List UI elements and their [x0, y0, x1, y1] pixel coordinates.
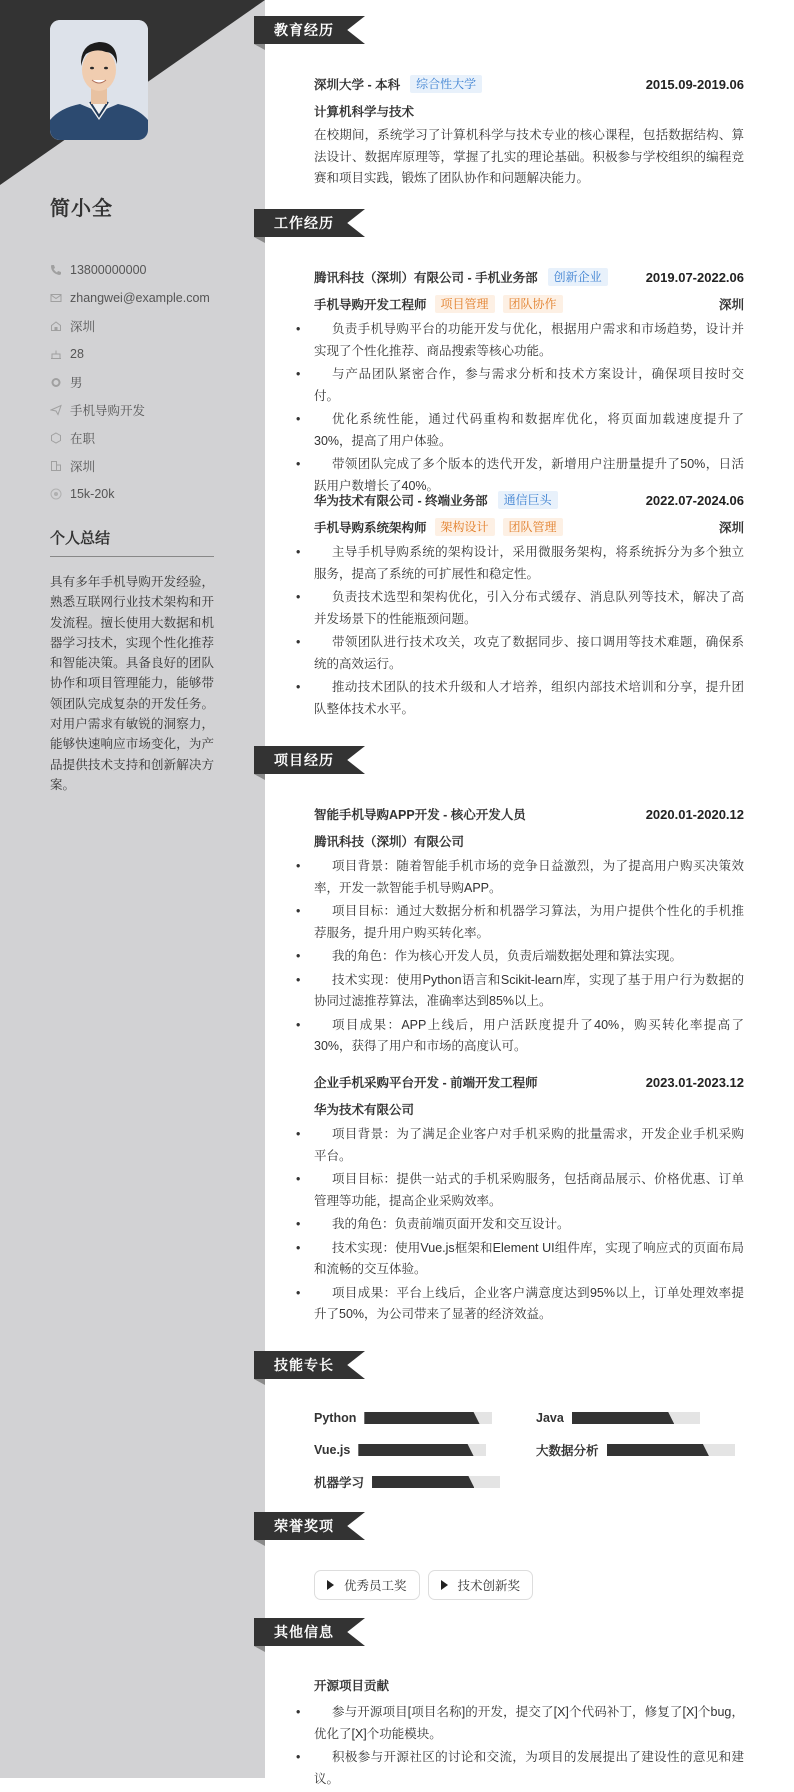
job-title: 手机导购系统架构师 [314, 518, 427, 536]
work-entry: 华为技术有限公司 - 终端业务部 通信巨头 2022.07-2024.06 手机… [314, 490, 744, 722]
contact-gender: 男 [50, 368, 250, 396]
work-city: 深圳 [719, 518, 744, 536]
role-tag: 项目管理 [435, 295, 495, 313]
bullet-item: 项目背景：为了满足企业客户对手机采购的批量需求，开发企业手机采购平台。 [314, 1124, 744, 1167]
bullet-item: 与产品团队紧密合作，参与需求分析和技术方案设计，确保项目按时交付。 [314, 364, 744, 407]
avatar [50, 20, 148, 140]
skill-item: 大数据分析 [536, 1440, 744, 1460]
contact-email-value: zhangwei@example.com [70, 291, 210, 305]
contact-hometown: 深圳 [50, 312, 250, 340]
other-entry: 开源项目贡献 参与开源项目[项目名称]的开发，提交了[X]个代码补丁，修复了[X… [314, 1676, 744, 1792]
sidebar: 简小全 13800000000 zhangwei@example.com 深圳 … [0, 0, 265, 1778]
contact-city-value: 深圳 [70, 457, 95, 475]
skill-bar [572, 1412, 700, 1424]
major: 计算机科学与技术 [314, 102, 414, 120]
skill-bar [364, 1412, 492, 1424]
bullet-item: 技术实现：使用Vue.js框架和Element UI组件库，实现了响应式的页面布… [314, 1238, 744, 1281]
work-bullets: 主导手机导购系统的架构设计，采用微服务架构，将系统拆分为多个独立服务，提高了系统… [314, 542, 744, 720]
role-tag: 团队管理 [503, 518, 563, 536]
contact-city: 深圳 [50, 452, 250, 480]
project-entry: 企业手机采购平台开发 - 前端开发工程师 2023.01-2023.12 华为技… [314, 1072, 744, 1328]
other-title: 开源项目贡献 [314, 1676, 744, 1694]
bullet-item: 项目成果：平台上线后，企业客户满意度达到95%以上，订单处理效率提升了50%，为… [314, 1283, 744, 1326]
gender-icon [50, 376, 62, 388]
bullet-item: 参与开源项目[项目名称]的开发，提交了[X]个代码补丁，修复了[X]个bug，优… [314, 1702, 744, 1745]
company-tag: 创新企业 [548, 268, 608, 286]
project-date: 2023.01-2023.12 [646, 1075, 744, 1090]
skill-bar [358, 1444, 486, 1456]
project-entry: 智能手机导购APP开发 - 核心开发人员 2020.01-2020.12 腾讯科… [314, 804, 744, 1060]
skills-grid: Python Java Vue.js 大数据分析 机器学习 [314, 1408, 744, 1492]
skill-bar-fill [607, 1444, 709, 1456]
project-bullets: 项目背景：随着智能手机市场的竞争日益激烈，为了提高用户购买决策效率，开发一款智能… [314, 856, 744, 1058]
skill-bar [607, 1444, 735, 1456]
school-name: 深圳大学 - 本科 [314, 75, 400, 93]
skill-item: Java [536, 1408, 744, 1428]
school-tag: 综合性大学 [410, 75, 482, 93]
bullet-item: 带领团队进行技术攻关，攻克了数据同步、接口调用等技术难题，确保系统的高效运行。 [314, 632, 744, 675]
section-title-awards: 荣誉奖项 [254, 1512, 365, 1540]
skill-bar-fill [358, 1444, 473, 1456]
section-title-skills: 技能专长 [254, 1351, 365, 1379]
home-icon [50, 320, 62, 332]
bullet-item: 负责手机导购平台的功能开发与优化，根据用户需求和市场趋势，设计并实现了个性化推荐… [314, 319, 744, 362]
skill-bar-fill [372, 1476, 474, 1488]
contact-job-intent: 手机导购开发 [50, 396, 250, 424]
job-title: 手机导购开发工程师 [314, 295, 427, 313]
summary-text: 具有多年手机导购开发经验，熟悉互联网行业技术架构和开发流程。擅长使用大数据和机器… [50, 572, 214, 795]
company-name: 华为技术有限公司 - 终端业务部 [314, 491, 488, 509]
work-entry: 腾讯科技（深圳）有限公司 - 手机业务部 创新企业 2019.07-2022.0… [314, 267, 744, 499]
project-company: 华为技术有限公司 [314, 1100, 414, 1118]
project-title: 企业手机采购平台开发 - 前端开发工程师 [314, 1073, 538, 1091]
contact-salary-value: 15k-20k [70, 487, 114, 501]
person-photo-icon [50, 20, 148, 140]
bullet-item: 技术实现：使用Python语言和Scikit-learn库，实现了基于用户行为数… [314, 970, 744, 1013]
education-date: 2015.09-2019.06 [646, 77, 744, 92]
building-icon [50, 460, 62, 472]
play-triangle-icon [441, 1580, 448, 1590]
contact-age-value: 28 [70, 347, 84, 361]
salary-icon [50, 488, 62, 500]
summary-title: 个人总结 [50, 527, 214, 557]
skill-item: Vue.js [314, 1440, 536, 1460]
status-icon [50, 432, 62, 444]
skill-bar [372, 1476, 500, 1488]
work-date: 2019.07-2022.06 [646, 270, 744, 285]
other-bullets: 参与开源项目[项目名称]的开发，提交了[X]个代码补丁，修复了[X]个bug，优… [314, 1702, 744, 1790]
bullet-item: 负责技术选型和架构优化，引入分布式缓存、消息队列等技术，解决了高并发场景下的性能… [314, 587, 744, 630]
skill-item: 机器学习 [314, 1472, 536, 1492]
bullet-item: 项目目标：通过大数据分析和机器学习算法，为用户提供个性化的手机推荐服务，提升用户… [314, 901, 744, 944]
contact-list: 13800000000 zhangwei@example.com 深圳 28 男… [50, 256, 250, 508]
section-title-education: 教育经历 [254, 16, 365, 44]
play-triangle-icon [327, 1580, 334, 1590]
bullet-item: 项目成果：APP上线后，用户活跃度提升了40%，购买转化率提高了30%，获得了用… [314, 1015, 744, 1058]
contact-job-intent-value: 手机导购开发 [70, 401, 145, 419]
contact-age: 28 [50, 340, 250, 368]
bullet-item: 积极参与开源社区的讨论和交流，为项目的发展提出了建设性的意见和建议。 [314, 1747, 744, 1790]
bullet-item: 推动技术团队的技术升级和人才培养，组织内部技术培训和分享，提升团队整体技术水平。 [314, 677, 744, 720]
mail-icon [50, 292, 62, 304]
section-title-other: 其他信息 [254, 1618, 365, 1646]
bullet-item: 项目背景：随着智能手机市场的竞争日益激烈，为了提高用户购买决策效率，开发一款智能… [314, 856, 744, 899]
main-content: 教育经历 深圳大学 - 本科 综合性大学 2015.09-2019.06 计算机… [265, 0, 794, 1778]
role-tag: 架构设计 [435, 518, 495, 536]
bullet-item: 优化系统性能，通过代码重构和数据库优化，将页面加载速度提升了30%，提高了用户体… [314, 409, 744, 452]
bullet-item: 我的角色：负责前端页面开发和交互设计。 [314, 1214, 744, 1236]
contact-phone-value: 13800000000 [70, 263, 146, 277]
skill-bar-fill [572, 1412, 674, 1424]
contact-gender-value: 男 [70, 373, 83, 391]
award-badge: 优秀员工奖 [314, 1570, 420, 1600]
bullet-item: 我的角色：作为核心开发人员，负责后端数据处理和算法实现。 [314, 946, 744, 968]
education-entry: 深圳大学 - 本科 综合性大学 2015.09-2019.06 计算机科学与技术… [314, 74, 744, 190]
phone-icon [50, 264, 62, 276]
contact-email: zhangwei@example.com [50, 284, 250, 312]
work-date: 2022.07-2024.06 [646, 493, 744, 508]
contact-phone: 13800000000 [50, 256, 250, 284]
age-icon [50, 348, 62, 360]
company-name: 腾讯科技（深圳）有限公司 - 手机业务部 [314, 268, 538, 286]
skill-item: Python [314, 1408, 536, 1428]
company-tag: 通信巨头 [498, 491, 558, 509]
paper-plane-icon [50, 404, 62, 416]
section-title-projects: 项目经历 [254, 746, 365, 774]
contact-status: 在职 [50, 424, 250, 452]
contact-hometown-value: 深圳 [70, 317, 95, 335]
work-bullets: 负责手机导购平台的功能开发与优化，根据用户需求和市场趋势，设计并实现了个性化推荐… [314, 319, 744, 497]
role-tag: 团队协作 [503, 295, 563, 313]
project-title: 智能手机导购APP开发 - 核心开发人员 [314, 805, 526, 823]
resume-page: 简小全 13800000000 zhangwei@example.com 深圳 … [0, 0, 794, 1778]
project-company: 腾讯科技（深圳）有限公司 [314, 832, 464, 850]
awards-list: 优秀员工奖 技术创新奖 [314, 1570, 744, 1600]
bullet-item: 主导手机导购系统的架构设计，采用微服务架构，将系统拆分为多个独立服务，提高了系统… [314, 542, 744, 585]
section-title-work: 工作经历 [254, 209, 365, 237]
candidate-name: 简小全 [50, 192, 113, 221]
education-description: 在校期间，系统学习了计算机科学与技术专业的核心课程，包括数据结构、算法设计、数据… [314, 125, 744, 190]
project-bullets: 项目背景：为了满足企业客户对手机采购的批量需求，开发企业手机采购平台。 项目目标… [314, 1124, 744, 1326]
work-city: 深圳 [719, 295, 744, 313]
project-date: 2020.01-2020.12 [646, 807, 744, 822]
bullet-item: 项目目标：提供一站式的手机采购服务，包括商品展示、价格优惠、订单管理等功能，提高… [314, 1169, 744, 1212]
contact-salary: 15k-20k [50, 480, 250, 508]
skill-bar-fill [364, 1412, 479, 1424]
award-badge: 技术创新奖 [428, 1570, 534, 1600]
contact-status-value: 在职 [70, 429, 95, 447]
